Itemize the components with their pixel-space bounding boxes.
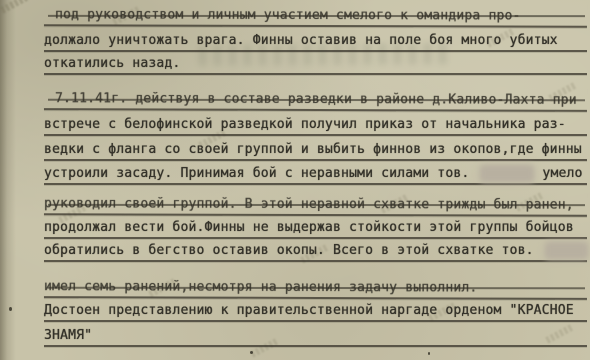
document-line: имел семь ранений,несмотря на ранения за… [44, 274, 587, 300]
document-line: продолжал вести бой.Финны не выдержав ст… [44, 215, 587, 239]
redacted-name-patch [481, 166, 533, 181]
line-text: 7.11.41г. действуя в составе разведки в … [55, 91, 577, 108]
line-text: имел семь ранений,несмотря на ранения за… [44, 279, 477, 295]
document-line: под руководством и личным участием смело… [44, 2, 587, 27]
document-line: Достоен представлению к правительственно… [44, 298, 587, 322]
line-text: встрече с белофинской разведкой получил … [44, 117, 566, 132]
line-text: ЗНАМЯ" [44, 328, 92, 343]
line-text: Достоен представлению к правительственно… [44, 303, 574, 318]
document-line: обратились в бегство оставив окопы. Всег… [44, 238, 587, 262]
line-text: обратились в бегство оставив окопы. Всег… [44, 243, 534, 258]
document-text-block: под руководством и личным участием смело… [0, 0, 590, 360]
scanned-document-page: под руководством и личным участием смело… [0, 0, 590, 360]
document-line: ЗНАМЯ" [44, 323, 587, 347]
line-text: откатились назад. [44, 56, 180, 71]
line-text: устроили засаду. Принимая бой с неравным… [44, 166, 469, 181]
redacted-name-patch [546, 243, 587, 258]
document-line: встрече с белофинской разведкой получил … [44, 112, 587, 136]
line-text: руководил своей группой. В этой неравной… [44, 196, 574, 212]
document-line: ведки с фланга со своей группой и выбить… [44, 137, 587, 161]
line-text: под руководством и личным участием смело… [55, 7, 521, 23]
line-text: ведки с фланга со своей группой и выбить… [44, 142, 582, 157]
document-line: устроили засаду. Принимая бой с неравным… [44, 161, 587, 185]
document-line: 7.11.41г. действуя в составе разведки в … [44, 86, 587, 112]
line-text-after-redaction: умело [542, 166, 582, 181]
document-line: откатились назад. [44, 51, 587, 75]
document-line: должало уничтожать врага. Финны оставив … [44, 28, 587, 52]
line-text: должало уничтожать врага. Финны оставив … [44, 33, 558, 48]
line-text: продолжал вести бой.Финны не выдержав ст… [44, 220, 574, 235]
document-line: руководил своей группой. В этой неравной… [44, 191, 587, 216]
